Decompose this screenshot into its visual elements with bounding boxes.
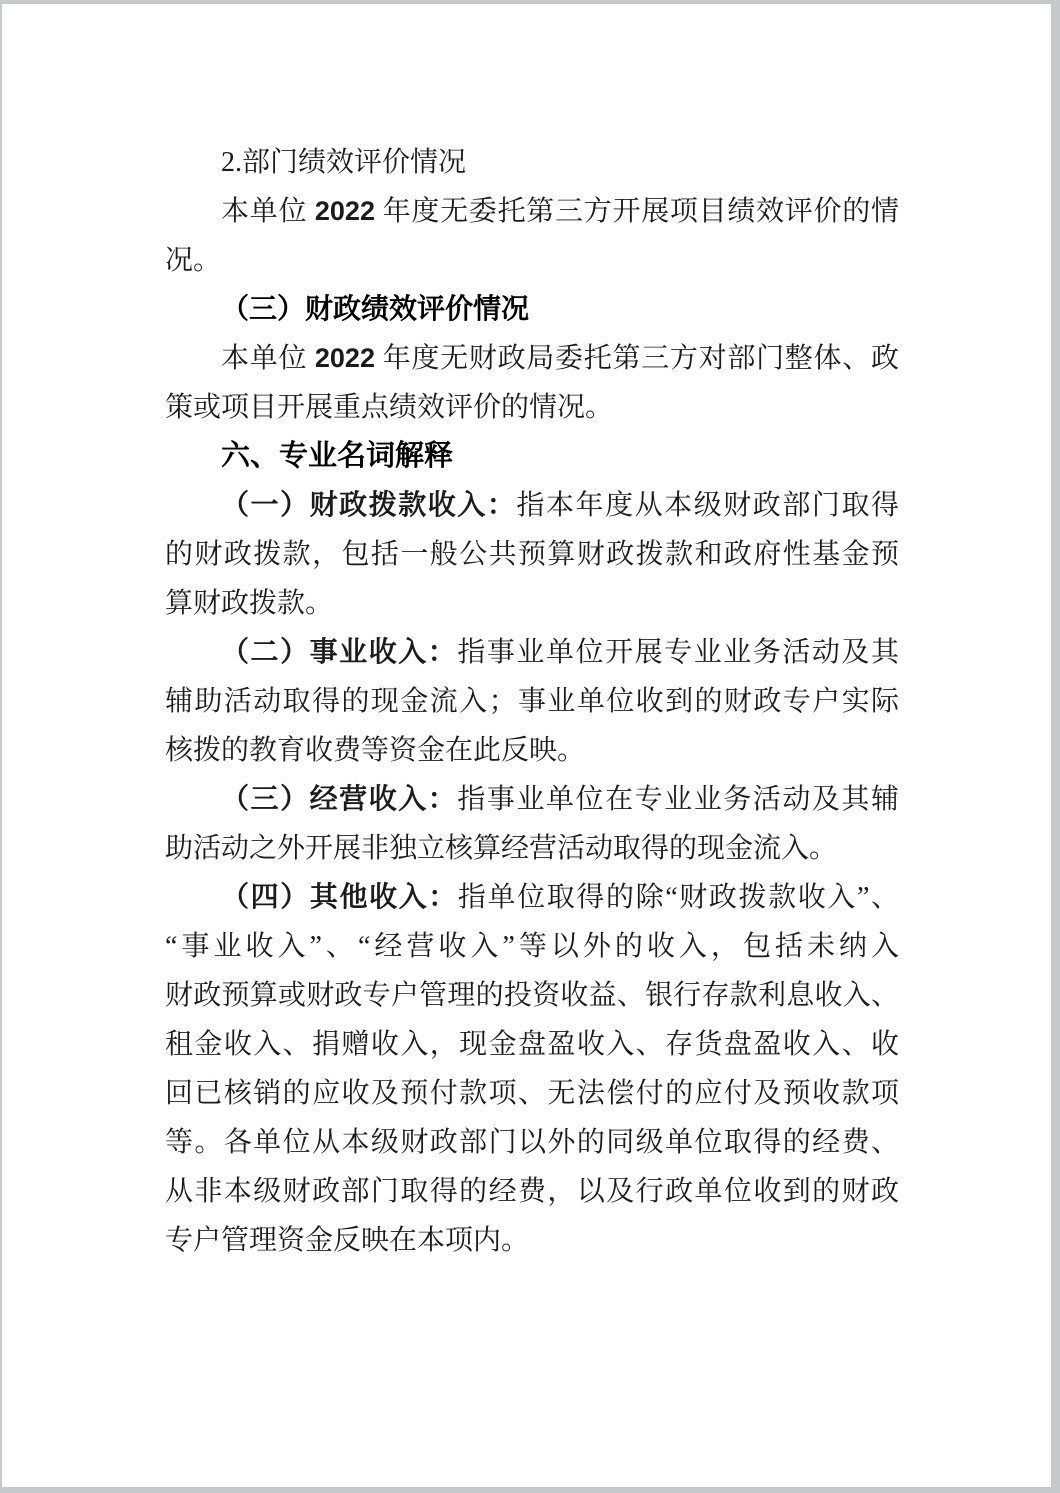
text-segment: 2.部门绩效评价情况 (221, 147, 466, 178)
text-line: 算财政拨款。 (165, 579, 899, 628)
text-segment: 租金收入、捐赠收入，现金盘盈收入、存货盘盈收入、收 (165, 1029, 899, 1060)
paragraph: （四）其他收入：指单位取得的除“财政拨款收入”、“事业收入”、“经营收入”等以外… (165, 873, 899, 1265)
text-segment: （三）财政绩效评价情况 (221, 294, 529, 325)
text-block: 2.部门绩效评价情况本单位 2022 年度无委托第三方开展项目绩效评价的情况。（… (165, 138, 899, 1265)
text-segment: 2022 (315, 196, 375, 226)
text-segment: 况。 (165, 245, 221, 276)
text-segment: 辅助活动取得的现金流入；事业单位收到的财政专户实际 (165, 686, 899, 717)
text-segment: 的财政拨款，包括一般公共预算财政拨款和政府性基金预 (165, 539, 899, 570)
paragraph: 六、专业名词解释 (165, 432, 899, 481)
paragraph: 本单位 2022 年度无委托第三方开展项目绩效评价的情况。 (165, 187, 899, 285)
text-segment: 年度无财政局委托第三方对部门整体、政 (375, 343, 899, 374)
text-line: 助活动之外开展非独立核算经营活动取得的现金流入。 (165, 824, 899, 873)
text-line: 核拨的教育收费等资金在此反映。 (165, 726, 899, 775)
paragraph: （二）事业收入：指事业单位开展专业业务活动及其辅助活动取得的现金流入；事业单位收… (165, 628, 899, 775)
text-segment: 六、专业名词解释 (221, 440, 453, 472)
text-segment: （一）财政拨款收入： (221, 490, 516, 521)
text-line: “事业收入”、“经营收入”等以外的收入，包括未纳入 (165, 922, 899, 971)
text-segment: （二）事业收入： (221, 637, 457, 668)
text-line: 专户管理资金反映在本项内。 (165, 1216, 899, 1265)
text-segment: 专户管理资金反映在本项内。 (165, 1225, 529, 1256)
text-line: 从非本级财政部门取得的经费，以及行政单位收到的财政 (165, 1167, 899, 1216)
paragraph: 本单位 2022 年度无财政局委托第三方对部门整体、政策或项目开展重点绩效评价的… (165, 334, 899, 432)
text-line: 财政预算或财政专户管理的投资收益、银行存款利息收入、 (165, 971, 899, 1020)
paragraph: （三）经营收入：指事业单位在专业业务活动及其辅助活动之外开展非独立核算经营活动取… (165, 775, 899, 873)
text-line: 况。 (165, 236, 899, 285)
text-line: （二）事业收入：指事业单位开展专业业务活动及其 (165, 628, 899, 677)
text-line: 租金收入、捐赠收入，现金盘盈收入、存货盘盈收入、收 (165, 1020, 899, 1069)
paragraph: 2.部门绩效评价情况 (165, 138, 899, 187)
document-page: 2.部门绩效评价情况本单位 2022 年度无委托第三方开展项目绩效评价的情况。（… (2, 4, 1051, 1487)
text-line: （三）财政绩效评价情况 (165, 285, 899, 334)
text-line: 本单位 2022 年度无委托第三方开展项目绩效评价的情 (165, 187, 899, 236)
text-segment: 等。各单位从本级财政部门以外的同级单位取得的经费、 (165, 1127, 899, 1158)
text-line: 六、专业名词解释 (165, 432, 899, 481)
text-segment: “事业收入”、“经营收入”等以外的收入，包括未纳入 (165, 931, 899, 962)
text-line: 回已核销的应收及预付款项、无法偿付的应付及预收款项 (165, 1069, 899, 1118)
text-segment: 2022 (315, 343, 375, 373)
text-segment: （三）经营收入： (221, 784, 457, 815)
text-line: 的财政拨款，包括一般公共预算财政拨款和政府性基金预 (165, 530, 899, 579)
text-segment: 指事业单位开展专业业务活动及其 (457, 637, 899, 668)
text-segment: 指本年度从本级财政部门取得 (516, 490, 899, 521)
text-segment: 策或项目开展重点绩效评价的情况。 (165, 392, 613, 423)
text-segment: 年度无委托第三方开展项目绩效评价的情 (375, 196, 899, 227)
paragraph: （一）财政拨款收入：指本年度从本级财政部门取得的财政拨款，包括一般公共预算财政拨… (165, 481, 899, 628)
text-line: （一）财政拨款收入：指本年度从本级财政部门取得 (165, 481, 899, 530)
text-line: 2.部门绩效评价情况 (165, 138, 899, 187)
text-segment: 指单位取得的除“财政拨款收入”、 (458, 882, 899, 913)
text-segment: 助活动之外开展非独立核算经营活动取得的现金流入。 (165, 833, 837, 864)
text-segment: 指事业单位在专业业务活动及其辅 (457, 784, 899, 815)
text-segment: 本单位 (221, 196, 315, 227)
text-line: 辅助活动取得的现金流入；事业单位收到的财政专户实际 (165, 677, 899, 726)
text-segment: 财政预算或财政专户管理的投资收益、银行存款利息收入、 (165, 980, 899, 1011)
paragraph: （三）财政绩效评价情况 (165, 285, 899, 334)
text-segment: 核拨的教育收费等资金在此反映。 (165, 735, 585, 766)
text-segment: 算财政拨款。 (165, 588, 333, 619)
text-segment: 从非本级财政部门取得的经费，以及行政单位收到的财政 (165, 1176, 899, 1207)
text-line: （三）经营收入：指事业单位在专业业务活动及其辅 (165, 775, 899, 824)
text-segment: 回已核销的应收及预付款项、无法偿付的应付及预收款项 (165, 1078, 899, 1109)
text-segment: （四）其他收入： (221, 882, 458, 913)
text-line: 等。各单位从本级财政部门以外的同级单位取得的经费、 (165, 1118, 899, 1167)
text-line: 策或项目开展重点绩效评价的情况。 (165, 383, 899, 432)
text-line: 本单位 2022 年度无财政局委托第三方对部门整体、政 (165, 334, 899, 383)
text-line: （四）其他收入：指单位取得的除“财政拨款收入”、 (165, 873, 899, 922)
text-segment: 本单位 (221, 343, 315, 374)
